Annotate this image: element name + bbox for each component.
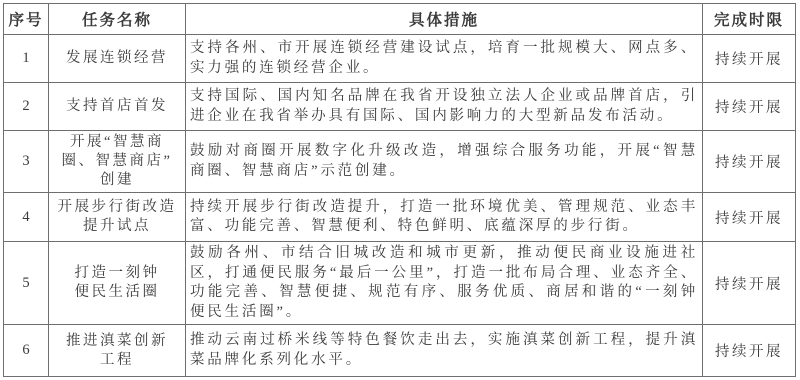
table-row: 1 发展连锁经营 支持各州、市开展连锁经营建设试点，培育一批规模大、网点多、实力… — [4, 35, 796, 83]
task-deadline: 持续开展 — [703, 83, 796, 131]
task-measures: 支持国际、国内知名品牌在我省开设独立法人企业或品牌首店，引进企业在我省举办具有国… — [186, 83, 703, 131]
task-table: 序号 任务名称 具体措施 完成时限 1 发展连锁经营 支持各州、市开展连锁经营建… — [3, 3, 796, 377]
table-row: 6 推进滇菜创新 工程 推动云南过桥米线等特色餐饮走出去，实施滇菜创新工程，提升… — [4, 325, 796, 377]
task-deadline: 持续开展 — [703, 325, 796, 377]
task-measures: 支持各州、市开展连锁经营建设试点，培育一批规模大、网点多、实力强的连锁经营企业。 — [186, 35, 703, 83]
task-measures: 鼓励各州、市结合旧城改造和城市更新，推动便民商业设施进社区，打通便民服务“最后一… — [186, 242, 703, 325]
task-name: 支持首店首发 — [49, 83, 186, 131]
task-deadline: 持续开展 — [703, 242, 796, 325]
table-row: 5 打造一刻钟 便民生活圈 鼓励各州、市结合旧城改造和城市更新，推动便民商业设施… — [4, 242, 796, 325]
row-number: 4 — [4, 193, 49, 242]
header-deadline: 完成时限 — [703, 4, 796, 35]
table-row: 4 开展步行街改造 提升试点 持续开展步行街改造提升，打造一批环境优美、管理规范… — [4, 193, 796, 242]
task-measures: 推动云南过桥米线等特色餐饮走出去，实施滇菜创新工程，提升滇菜品牌化系列化水平。 — [186, 325, 703, 377]
task-measures: 持续开展步行街改造提升，打造一批环境优美、管理规范、业态丰富、功能完善、智慧便利… — [186, 193, 703, 242]
row-number: 1 — [4, 35, 49, 83]
header-measures: 具体措施 — [186, 4, 703, 35]
task-name: 开展“智慧商 圈、智慧商店” 创建 — [49, 131, 186, 193]
row-number: 6 — [4, 325, 49, 377]
row-number: 5 — [4, 242, 49, 325]
task-measures: 鼓励对商圈开展数字化升级改造，增强综合服务功能，开展“智慧商圈、智慧商店”示范创… — [186, 131, 703, 193]
task-name: 推进滇菜创新 工程 — [49, 325, 186, 377]
task-deadline: 持续开展 — [703, 131, 796, 193]
header-task-name: 任务名称 — [49, 4, 186, 35]
table-row: 2 支持首店首发 支持国际、国内知名品牌在我省开设独立法人企业或品牌首店，引进企… — [4, 83, 796, 131]
task-name: 发展连锁经营 — [49, 35, 186, 83]
table-row: 3 开展“智慧商 圈、智慧商店” 创建 鼓励对商圈开展数字化升级改造，增强综合服… — [4, 131, 796, 193]
table-header-row: 序号 任务名称 具体措施 完成时限 — [4, 4, 796, 35]
task-deadline: 持续开展 — [703, 35, 796, 83]
document-page: 序号 任务名称 具体措施 完成时限 1 发展连锁经营 支持各州、市开展连锁经营建… — [0, 0, 800, 380]
task-deadline: 持续开展 — [703, 193, 796, 242]
row-number: 3 — [4, 131, 49, 193]
task-name: 打造一刻钟 便民生活圈 — [49, 242, 186, 325]
header-no: 序号 — [4, 4, 49, 35]
task-name: 开展步行街改造 提升试点 — [49, 193, 186, 242]
row-number: 2 — [4, 83, 49, 131]
